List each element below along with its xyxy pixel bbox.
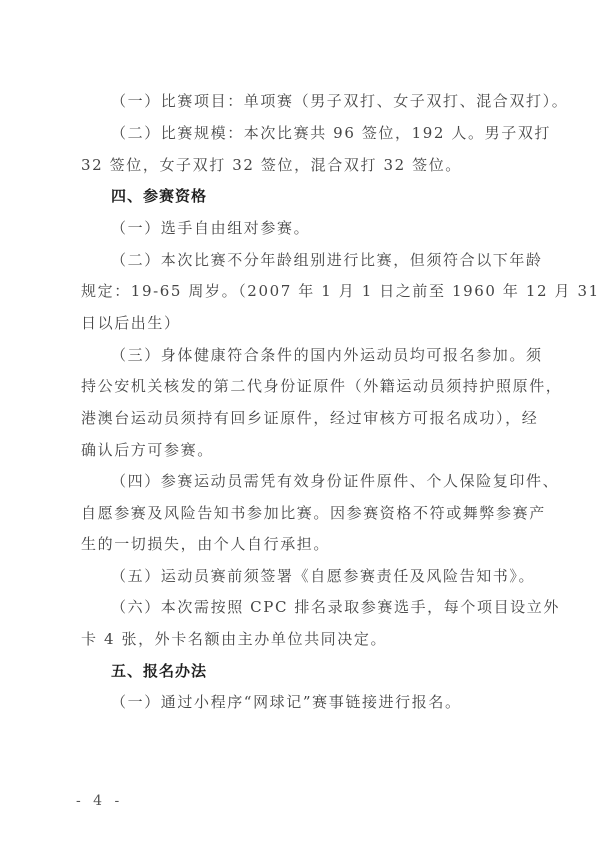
paragraph-line: 卡 4 张，外卡名额由主办单位共同决定。 xyxy=(81,629,501,649)
section-heading: 四、参赛资格 xyxy=(111,186,531,206)
paragraph-line: （一）选手自由组对参赛。 xyxy=(111,218,531,238)
section-heading: 五、报名办法 xyxy=(111,661,531,681)
paragraph-line: （四）参赛运动员需凭有效身份证件原件、个人保险复印件、 xyxy=(111,471,531,491)
paragraph-line: 持公安机关核发的第二代身份证原件（外籍运动员须持护照原件， xyxy=(81,376,501,396)
paragraph-line: （二）比赛规模：本次比赛共 96 签位，192 人。男子双打 xyxy=(111,123,531,143)
paragraph-line: 日以后出生） xyxy=(81,313,501,333)
paragraph-line: （一）比赛项目：单项赛（男子双打、女子双打、混合双打）。 xyxy=(111,91,531,111)
page-number: - 4 - xyxy=(76,793,123,809)
paragraph-line: 32 签位，女子双打 32 签位，混合双打 32 签位。 xyxy=(81,155,501,175)
paragraph-line: （三）身体健康符合条件的国内外运动员均可报名参加。须 xyxy=(111,345,531,365)
paragraph-line: （一）通过小程序“网球记”赛事链接进行报名。 xyxy=(111,692,531,712)
paragraph-line: 港澳台运动员须持有回乡证原件，经过审核方可报名成功），经 xyxy=(81,408,501,428)
paragraph-line: 规定：19-65 周岁。（2007 年 1 月 1 日之前至 1960 年 12… xyxy=(81,281,501,301)
paragraph-line: （二）本次比赛不分年龄组别进行比赛，但须符合以下年龄 xyxy=(111,250,531,270)
paragraph-line: 确认后方可参赛。 xyxy=(81,440,501,460)
paragraph-line: 自愿参赛及风险告知书参加比赛。因参赛资格不符或舞弊参赛产 xyxy=(81,503,501,523)
paragraph-line: （六）本次需按照 CPC 排名录取参赛选手，每个项目设立外 xyxy=(111,597,531,617)
document-page: （一）比赛项目：单项赛（男子双打、女子双打、混合双打）。 （二）比赛规模：本次比… xyxy=(0,0,600,848)
paragraph-line: 生的一切损失，由个人自行承担。 xyxy=(81,534,501,554)
paragraph-line: （五）运动员赛前须签署《自愿参赛责任及风险告知书》。 xyxy=(111,566,531,586)
